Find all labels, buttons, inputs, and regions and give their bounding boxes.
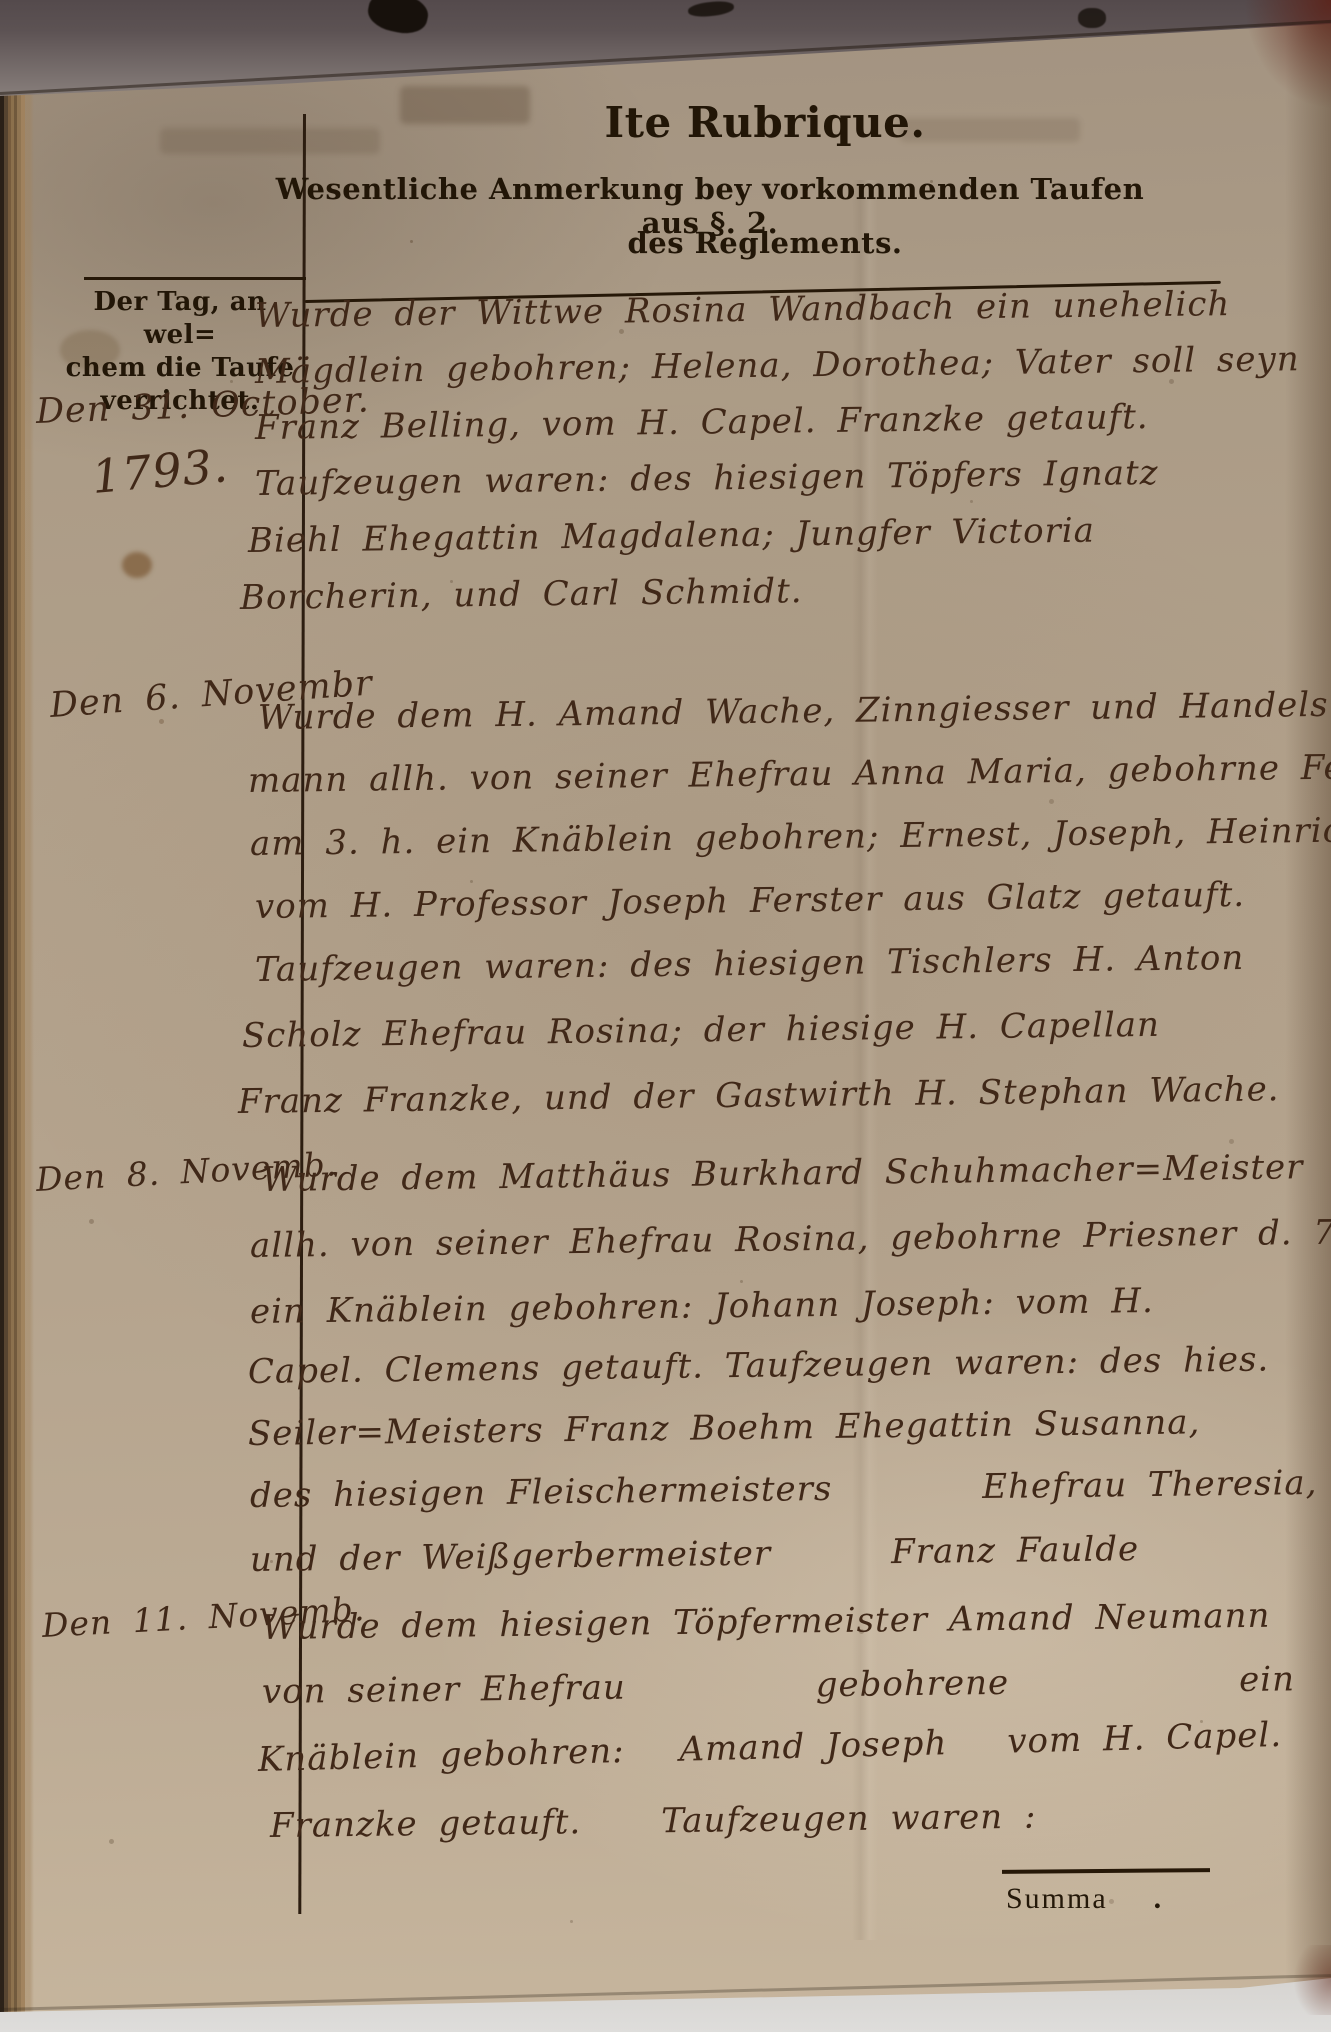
entry-line: Taufzeugen waren: des hiesigen Tischlers…	[255, 938, 1245, 990]
entry-line: ein Knäblein gebohren: Johann Joseph: vo…	[250, 1281, 1154, 1332]
entry-line: Biehl Ehegattin Magdalena; Jungfer Victo…	[248, 511, 1095, 561]
entry-text: Scholz Ehefrau Rosina; der hiesige H. Ca…	[242, 1005, 1160, 1056]
entry-line: von seiner Ehefraugebohreneein	[262, 1659, 1295, 1712]
entry-text: von seiner Ehefrau	[262, 1668, 626, 1712]
entry-line: vom H. Professor Joseph Ferster aus Glat…	[255, 875, 1246, 927]
entry-text: ein Knäblein gebohren: Johann Joseph: vo…	[250, 1281, 1154, 1332]
date-column-top-rule	[84, 277, 306, 280]
entry-line: am 3. h. ein Knäblein gebohren; Ernest, …	[250, 810, 1331, 864]
entry-line: Franzke getauft.Taufzeugen waren :	[270, 1797, 1037, 1846]
scan-artifact-mark	[687, 0, 734, 18]
entry-line: Franz Belling, vom H. Capel. Franzke get…	[255, 397, 1149, 448]
entry-line: Taufzeugen waren: des hiesigen Töpfers I…	[255, 453, 1159, 504]
entry-line: Seiler=Meisters Franz Boehm Ehegattin Su…	[248, 1402, 1201, 1454]
entry-line: Franz Franzke, und der Gastwirth H. Step…	[238, 1069, 1280, 1122]
entry-text: Franz Belling, vom H. Capel. Franzke get…	[255, 397, 1149, 448]
scan-artifact-mark	[365, 0, 432, 38]
entry-text: Franz Franzke, und der Gastwirth H. Step…	[238, 1069, 1280, 1122]
entry-text: Amand Joseph	[679, 1723, 948, 1770]
entry-text: Taufzeugen waren: des hiesigen Töpfers I…	[255, 453, 1159, 504]
entry-line: des hiesigen FleischermeistersEhefrau Th…	[250, 1463, 1318, 1516]
entry-line: Wurde dem hiesigen Töpfermeister Amand N…	[262, 1596, 1271, 1648]
entry-date-year: 1793.	[90, 438, 231, 504]
entry-line: Wurde der Wittwe Rosina Wandbach ein une…	[255, 284, 1231, 336]
entry-line: Mägdlein gebohren; Helena, Dorothea; Vat…	[255, 339, 1300, 392]
entry-text: Capel. Clemens getauft. Taufzeugen waren…	[248, 1340, 1270, 1392]
entry-text: Borcherin, und Carl Schmidt.	[240, 571, 803, 618]
book-cover-edge	[1291, 1945, 1331, 2015]
page-subtitle-line2: des Reglements.	[305, 226, 1225, 260]
entry-text: Wurde der Wittwe Rosina Wandbach ein une…	[255, 284, 1231, 336]
entry-text: Seiler=Meisters Franz Boehm Ehegattin Su…	[248, 1402, 1201, 1454]
entry-text: mann allh. von seiner Ehefrau Anna Maria…	[248, 747, 1331, 801]
entry-text: Taufzeugen waren: des hiesigen Tischlers…	[255, 938, 1245, 990]
entry-text: vom H. Capel.	[1007, 1715, 1283, 1762]
summa-text: Summa	[1006, 1882, 1108, 1915]
entry-text: Franz Faulde	[891, 1529, 1139, 1572]
entry-line: Wurde dem H. Amand Wache, Zinngiesser un…	[258, 685, 1331, 738]
entry-text: Franzke getauft.	[270, 1802, 582, 1846]
scan-artifact-mark	[1078, 8, 1106, 28]
entry-text: Knäblein gebohren:	[258, 1731, 626, 1780]
summa-rule	[1002, 1868, 1210, 1874]
entry-line: Capel. Clemens getauft. Taufzeugen waren…	[248, 1340, 1270, 1392]
scanned-register-page: Ite Rubrique. Wesentliche Anmerkung bey …	[0, 0, 1331, 2032]
entry-line: allh. von seiner Ehefrau Rosina, gebohrn…	[250, 1211, 1331, 1266]
paper-sheet: Ite Rubrique. Wesentliche Anmerkung bey …	[0, 0, 1331, 2032]
page-title: Ite Rubrique.	[305, 98, 1225, 147]
entry-text: allh. von seiner Ehefrau Rosina, gebohrn…	[250, 1211, 1331, 1266]
entry-text: Wurde dem hiesigen Töpfermeister Amand N…	[262, 1596, 1271, 1648]
entry-text: Wurde dem H. Amand Wache, Zinngiesser un…	[258, 685, 1331, 738]
entry-text: und der Weißgerbermeister	[250, 1534, 772, 1580]
summa-label: Summa.	[1006, 1882, 1163, 1916]
entry-line: Scholz Ehefrau Rosina; der hiesige H. Ca…	[242, 1005, 1160, 1056]
entry-text: vom H. Professor Joseph Ferster aus Glat…	[255, 875, 1246, 927]
entry-text: Taufzeugen waren :	[661, 1797, 1037, 1842]
entry-text: Biehl Ehegattin Magdalena; Jungfer Victo…	[248, 511, 1095, 561]
ink-stain	[122, 552, 152, 578]
entry-text: gebohrene	[815, 1663, 1009, 1705]
entry-text: Wurde dem Matthäus Burkhard Schuhmacher=…	[262, 1147, 1304, 1200]
entry-text: Ehefrau Theresia,	[982, 1463, 1318, 1507]
entry-line: und der WeißgerbermeisterFranz Faulde	[250, 1529, 1140, 1580]
entry-text: des hiesigen Fleischermeisters	[250, 1469, 833, 1516]
summa-dot: .	[1154, 1882, 1164, 1915]
entry-text: Mägdlein gebohren; Helena, Dorothea; Vat…	[255, 339, 1300, 392]
entry-text: ein	[1239, 1659, 1295, 1700]
entry-line: Knäblein gebohren:Amand Josephvom H. Cap…	[258, 1715, 1283, 1780]
entry-line: Borcherin, und Carl Schmidt.	[240, 571, 803, 618]
entry-line: mann allh. von seiner Ehefrau Anna Maria…	[248, 747, 1331, 801]
book-binding-edge	[0, 86, 34, 2014]
entry-text: am 3. h. ein Knäblein gebohren; Ernest, …	[250, 810, 1331, 864]
entry-line: Wurde dem Matthäus Burkhard Schuhmacher=…	[262, 1147, 1304, 1200]
